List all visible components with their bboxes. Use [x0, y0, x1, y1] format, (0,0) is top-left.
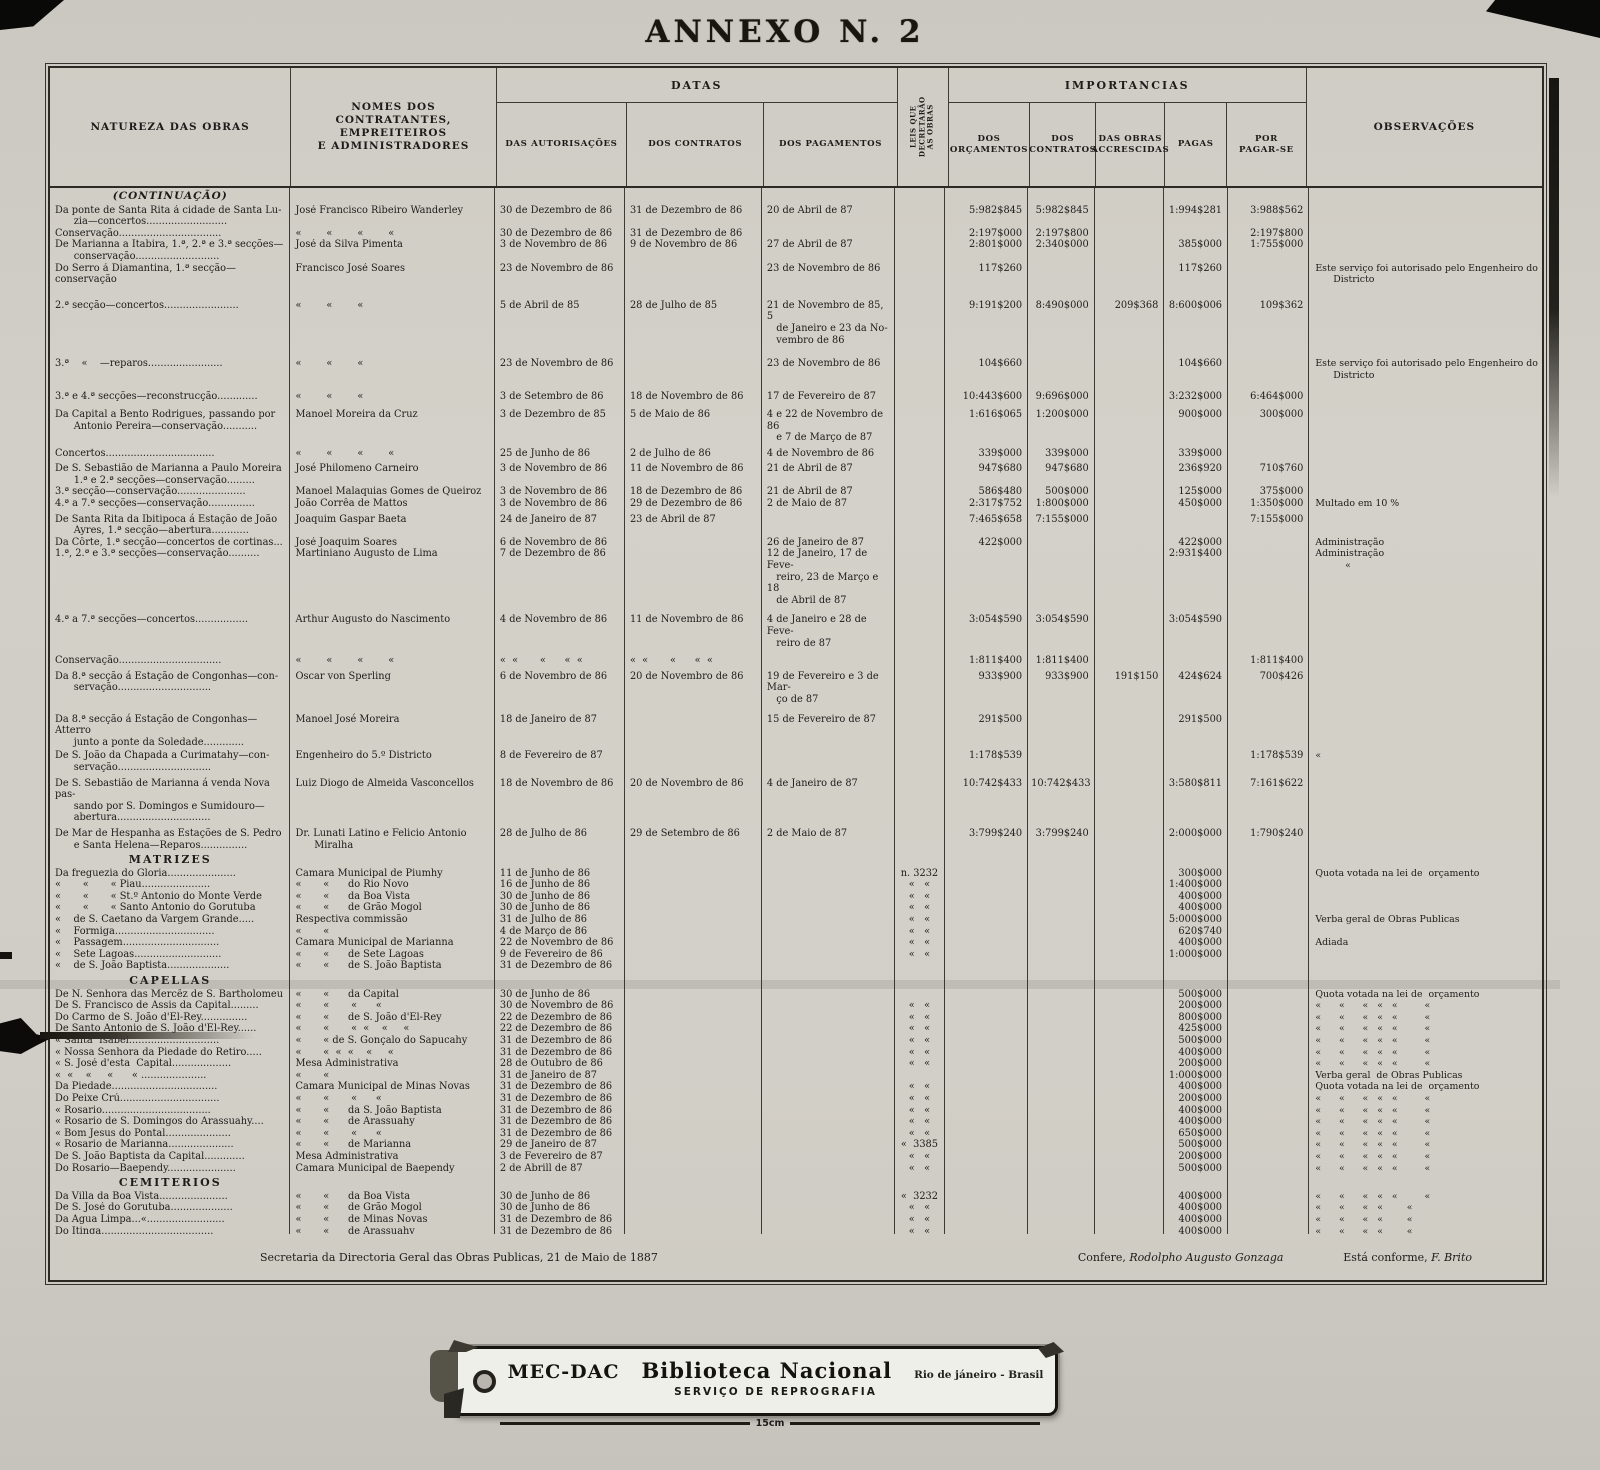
- table-cell: 21 de Abril de 87: [762, 486, 895, 498]
- table-cell: De S. Francisco de Assis da Capital.....…: [50, 1000, 290, 1012]
- table-cell: [895, 263, 945, 286]
- table-cell: 933$900: [1028, 667, 1095, 706]
- table-cell: 9 de Fevereiro de 86: [495, 949, 625, 961]
- table-cell: « 3385: [895, 1139, 945, 1151]
- table-header: NATUREZA DAS OBRAS NOMES DOS CONTRATANTE…: [50, 68, 1542, 188]
- table-cell: 1:000$000: [1164, 1070, 1228, 1082]
- table-cell: 11 de Novembro de 86: [625, 459, 762, 486]
- table-row: Da Agua Limpa...«.......................…: [50, 1214, 1542, 1226]
- table-cell: [495, 188, 625, 205]
- scan-crease-horizontal: [0, 980, 1560, 989]
- works-table: NATUREZA DAS OBRAS NOMES DOS CONTRATANTE…: [48, 66, 1544, 1282]
- table-cell: [945, 1105, 1028, 1117]
- table-cell: 31 de Dezembro de 86: [495, 1128, 625, 1140]
- table-cell: [762, 1226, 895, 1235]
- table-cell: [1228, 1174, 1309, 1191]
- table-cell: Do Peixe Crú............................…: [50, 1093, 290, 1105]
- table-cell: 7:465$658: [945, 510, 1028, 537]
- table-cell: 400$000: [1164, 1226, 1228, 1235]
- table-cell: 10:443$600: [945, 381, 1028, 403]
- table-cell: Da ponte de Santa Rita á cidade de Santa…: [50, 205, 290, 228]
- table-row: 2.ª secção—concertos....................…: [50, 286, 1542, 346]
- stamp-service: SERVIÇO DE REPROGRAFIA: [496, 1385, 1055, 1400]
- table-cell: 400$000: [1164, 1202, 1228, 1214]
- table-cell: [1164, 510, 1228, 537]
- table-cell: [625, 1012, 762, 1024]
- table-cell: 7:161$622: [1228, 774, 1309, 824]
- table-cell: Camara Municipal de Baependy: [290, 1163, 495, 1175]
- table-cell: [1095, 188, 1165, 205]
- table-cell: 1:000$000: [1164, 949, 1228, 961]
- table-cell: [945, 851, 1028, 868]
- table-cell: « « « « « «: [1309, 1116, 1542, 1128]
- table-cell: 400$000: [1164, 1116, 1228, 1128]
- table-cell: [1164, 188, 1228, 205]
- table-cell: « Formiga...............................…: [50, 926, 290, 938]
- table-cell: Adiada: [1309, 937, 1542, 949]
- table-cell: 3:054$590: [1028, 606, 1095, 649]
- table-cell: 9 de Novembro de 86: [625, 239, 762, 262]
- header-imp-contratos: DOS CONTRATOS: [1030, 103, 1096, 186]
- annexo-title: ANNEXO N. 2: [0, 14, 1570, 50]
- table-cell: « « « «: [290, 1093, 495, 1105]
- table-cell: 1.ª, 2.ª e 3.ª secções—conservação......…: [50, 548, 290, 606]
- table-cell: [1028, 926, 1095, 938]
- scan-artifact-left-dash: [0, 952, 12, 959]
- table-cell: [1228, 606, 1309, 649]
- table-cell: [1095, 879, 1165, 891]
- table-cell: [945, 1151, 1028, 1163]
- table-cell: [625, 1058, 762, 1070]
- table-cell: (CONTINUAÇÃO): [50, 188, 290, 205]
- table-cell: [945, 188, 1028, 205]
- header-obras-accrescidas: DAS OBRAS ACCRESCIDAS: [1096, 103, 1165, 186]
- table-cell: Manoel Moreira da Cruz: [290, 403, 495, 444]
- table-cell: [1228, 1012, 1309, 1024]
- table-cell: Quota votada na lei de orçamento: [1309, 989, 1542, 1001]
- table-cell: 3 de Setembro de 86: [495, 381, 625, 403]
- table-cell: 3 de Novembro de 86: [495, 486, 625, 498]
- table-cell: [625, 949, 762, 961]
- table-cell: 900$000: [1164, 403, 1228, 444]
- table-row: « Sete Lagoas...........................…: [50, 949, 1542, 961]
- table-cell: [1095, 774, 1165, 824]
- table-cell: [895, 346, 945, 381]
- table-cell: [945, 1000, 1028, 1012]
- table-cell: [945, 1035, 1028, 1047]
- table-cell: [1095, 891, 1165, 903]
- table-row: Do Carmo de S. João d'El-Rey............…: [50, 1012, 1542, 1024]
- table-cell: « « « « «: [1309, 1226, 1542, 1235]
- table-cell: [1095, 868, 1165, 880]
- table-cell: [1228, 1202, 1309, 1214]
- table-cell: [1309, 774, 1542, 824]
- conforme-name: F. Brito: [1431, 1251, 1472, 1264]
- table-cell: 947$680: [945, 459, 1028, 486]
- table-cell: [1228, 1139, 1309, 1151]
- table-cell: 236$920: [1164, 459, 1228, 486]
- table-cell: [1164, 1174, 1228, 1191]
- scan-artifact-ink-streak: [40, 1032, 255, 1039]
- table-cell: 200$000: [1164, 1000, 1228, 1012]
- table-cell: 1:200$000: [1028, 403, 1095, 444]
- table-cell: 3:799$240: [945, 824, 1028, 851]
- table-cell: [625, 1128, 762, 1140]
- table-cell: 385$000: [1164, 239, 1228, 262]
- table-cell: Arthur Augusto do Nascimento: [290, 606, 495, 649]
- table-cell: [1028, 188, 1095, 205]
- table-cell: 400$000: [1164, 1047, 1228, 1059]
- table-cell: « « «: [290, 381, 495, 403]
- table-cell: 9:191$200: [945, 286, 1028, 346]
- table-cell: [625, 1116, 762, 1128]
- table-cell: [945, 1214, 1028, 1226]
- table-cell: « « de Arassuahy: [290, 1226, 495, 1235]
- table-cell: 3:799$240: [1028, 824, 1095, 851]
- table-cell: 3 de Dezembro de 85: [495, 403, 625, 444]
- table-cell: 18 de Novembro de 86: [625, 381, 762, 403]
- table-cell: [625, 188, 762, 205]
- table-cell: Administração: [1309, 537, 1542, 549]
- table-cell: 400$000: [1164, 937, 1228, 949]
- table-cell: [895, 706, 945, 749]
- scan-artifact-right-edge: [1549, 78, 1559, 498]
- table-cell: [762, 902, 895, 914]
- table-cell: [1095, 1214, 1165, 1226]
- table-cell: [625, 937, 762, 949]
- table-row: 4.ª a 7.ª secções—concertos.............…: [50, 606, 1542, 649]
- table-cell: [1028, 1000, 1095, 1012]
- table-cell: 9:696$000: [1028, 381, 1095, 403]
- table-cell: 117$260: [1164, 263, 1228, 286]
- table-cell: [1309, 286, 1542, 346]
- table-cell: [1228, 868, 1309, 880]
- table-cell: 23 de Novembro de 86: [762, 346, 895, 381]
- table-cell: « « « « « «: [1309, 1191, 1542, 1203]
- table-cell: José Philomeno Carneiro: [290, 459, 495, 486]
- table-cell: [625, 926, 762, 938]
- table-row: 4.ª a 7.ª secções—conservação...........…: [50, 498, 1542, 510]
- table-cell: [1309, 205, 1542, 228]
- table-footer: Secretaria da Directoria Geral das Obras…: [50, 1234, 1542, 1280]
- table-cell: [1228, 879, 1309, 891]
- table-cell: [895, 239, 945, 262]
- table-cell: « «: [895, 1163, 945, 1175]
- table-cell: [1095, 851, 1165, 868]
- header-dos-pagamentos: DOS PAGAMENTOS: [764, 103, 896, 186]
- table-cell: [1228, 914, 1309, 926]
- table-cell: 7 de Dezembro de 86: [495, 548, 625, 606]
- table-cell: De S. José do Gorutuba..................…: [50, 1202, 290, 1214]
- table-cell: 5 de Maio de 86: [625, 403, 762, 444]
- table-cell: « « de Sete Lagoas: [290, 949, 495, 961]
- table-cell: [1095, 949, 1165, 961]
- table-cell: 3:988$562: [1228, 205, 1309, 228]
- table-cell: [1228, 1214, 1309, 1226]
- table-cell: 6 de Novembro de 86: [495, 667, 625, 706]
- table-cell: 422$000: [945, 537, 1028, 549]
- table-cell: [1028, 1116, 1095, 1128]
- table-cell: 23 de Novembro de 86: [495, 263, 625, 286]
- table-cell: « Passagem..............................…: [50, 937, 290, 949]
- table-cell: [762, 949, 895, 961]
- table-cell: « «: [895, 1151, 945, 1163]
- table-cell: [895, 667, 945, 706]
- table-cell: Francisco José Soares: [290, 263, 495, 286]
- table-cell: 21 de Novembro de 85, 5 de Janeiro e 23 …: [762, 286, 895, 346]
- table-cell: 117$260: [945, 263, 1028, 286]
- table-cell: [625, 891, 762, 903]
- table-row: De S. Sebastião de Marianna a Paulo More…: [50, 459, 1542, 486]
- table-row: 1.ª, 2.ª e 3.ª secções—conservação......…: [50, 548, 1542, 606]
- table-cell: 26 de Janeiro de 87: [762, 537, 895, 549]
- table-cell: [1095, 537, 1165, 549]
- table-row: Da 8.ª secção á Estação de Congonhas—con…: [50, 667, 1542, 706]
- table-cell: [1095, 824, 1165, 851]
- table-cell: 400$000: [1164, 1191, 1228, 1203]
- table-cell: 400$000: [1164, 1105, 1228, 1117]
- table-cell: 30 de Junho de 86: [495, 1202, 625, 1214]
- table-cell: 4 de Novembro de 86: [495, 606, 625, 649]
- table-cell: « de S. Caetano da Vargem Grande.....: [50, 914, 290, 926]
- table-cell: [762, 937, 895, 949]
- table-cell: [895, 774, 945, 824]
- table-cell: Verba geral de Obras Publicas: [1309, 914, 1542, 926]
- table-cell: Dr. Lunati Latino e Felicio Antonio Mira…: [290, 824, 495, 851]
- table-cell: « « « « « «: [1309, 1151, 1542, 1163]
- table-cell: [945, 1047, 1028, 1059]
- table-cell: [1095, 937, 1165, 949]
- table-cell: [1164, 748, 1228, 773]
- table-cell: [1028, 1047, 1095, 1059]
- table-cell: 4.ª a 7.ª secções—conservação...........…: [50, 498, 290, 510]
- table-cell: 1:178$539: [945, 748, 1028, 773]
- table-cell: [625, 1163, 762, 1175]
- confere-note: Confere, Rodolpho Augusto Gonzaga: [1078, 1251, 1284, 1264]
- table-cell: [1028, 989, 1095, 1001]
- table-cell: [945, 914, 1028, 926]
- table-cell: Camara Municipal de Piumhy: [290, 868, 495, 880]
- table-cell: [895, 1070, 945, 1082]
- table-cell: José Joaquim Soares: [290, 537, 495, 549]
- table-cell: [1164, 851, 1228, 868]
- table-cell: « « « « « «: [1309, 1093, 1542, 1105]
- table-cell: [895, 824, 945, 851]
- table-row: Da Villa da Boa Vista...................…: [50, 1191, 1542, 1203]
- table-cell: [895, 548, 945, 606]
- table-cell: 424$624: [1164, 667, 1228, 706]
- table-cell: 2 de Maio de 87: [762, 824, 895, 851]
- table-cell: « « de Marianna: [290, 1139, 495, 1151]
- table-cell: [1028, 1070, 1095, 1082]
- ruler-line-left: [500, 1422, 750, 1425]
- table-cell: « « de Grão Mogol: [290, 902, 495, 914]
- table-cell: [762, 926, 895, 938]
- table-cell: Da 8.ª secção á Estação de Congonhas—con…: [50, 667, 290, 706]
- table-cell: [895, 381, 945, 403]
- stamp-text: MEC-DAC Biblioteca Nacional Rio de jánei…: [496, 1363, 1055, 1400]
- table-cell: [1095, 205, 1165, 228]
- table-cell: « « da Capital: [290, 989, 495, 1001]
- table-cell: [945, 1139, 1028, 1151]
- table-cell: « «: [895, 1012, 945, 1024]
- table-cell: [1028, 1105, 1095, 1117]
- section-heading: (CONTINUAÇÃO): [113, 188, 228, 205]
- table-cell: [945, 1163, 1028, 1175]
- header-natureza: NATUREZA DAS OBRAS: [50, 68, 291, 186]
- table-cell: [1309, 381, 1542, 403]
- table-cell: [1164, 228, 1228, 240]
- table-cell: José da Silva Pimenta: [290, 239, 495, 262]
- table-cell: « « « « « «: [1309, 1139, 1542, 1151]
- table-cell: [945, 989, 1028, 1001]
- table-cell: « «: [895, 891, 945, 903]
- table-cell: Da 8.ª secção á Estação de Congonhas—Att…: [50, 706, 290, 749]
- table-cell: 21 de Abril de 87: [762, 459, 895, 486]
- table-row: « de S. João Baptista...................…: [50, 960, 1542, 972]
- table-cell: 586$480: [945, 486, 1028, 498]
- table-cell: « « «: [290, 346, 495, 381]
- ruler-line-right: [790, 1422, 1040, 1425]
- header-pagas: PAGAS: [1165, 103, 1227, 186]
- table-cell: Administração «: [1309, 548, 1542, 606]
- table-cell: [1095, 346, 1165, 381]
- table-cell: 29 de Setembro de 86: [625, 824, 762, 851]
- table-cell: [290, 1174, 495, 1191]
- table-row: 3.ª « —reparos........................« …: [50, 346, 1542, 381]
- table-cell: 2:197$800: [1228, 228, 1309, 240]
- table-cell: « «: [895, 1035, 945, 1047]
- table-cell: « «: [895, 949, 945, 961]
- table-cell: 31 de Dezembro de 86: [495, 1035, 625, 1047]
- table-row: Concertos...............................…: [50, 444, 1542, 460]
- table-cell: [762, 1128, 895, 1140]
- table-cell: De Santa Rita da Ibitipoca á Estação de …: [50, 510, 290, 537]
- table-cell: [1228, 537, 1309, 549]
- table-cell: n. 3232: [895, 868, 945, 880]
- table-cell: 2.ª secção—concertos....................…: [50, 286, 290, 346]
- table-cell: 30 de Junho de 86: [495, 902, 625, 914]
- table-cell: [1028, 960, 1095, 972]
- table-cell: [495, 1174, 625, 1191]
- table-cell: [762, 879, 895, 891]
- table-cell: [1228, 902, 1309, 914]
- table-cell: [1095, 1116, 1165, 1128]
- table-cell: [945, 949, 1028, 961]
- table-cell: João Corrêa de Mattos: [290, 498, 495, 510]
- table-cell: 31 de Julho de 86: [495, 914, 625, 926]
- table-cell: 339$000: [1028, 444, 1095, 460]
- table-cell: « « « « « «: [1309, 1058, 1542, 1070]
- section-heading: MATRIZES: [129, 851, 212, 868]
- table-cell: [1228, 949, 1309, 961]
- table-row: Da freguezia do Gloria..................…: [50, 868, 1542, 880]
- table-cell: 200$000: [1164, 1058, 1228, 1070]
- table-cell: Do Rosario—Baependy.....................…: [50, 1163, 290, 1175]
- table-cell: [1095, 902, 1165, 914]
- table-cell: [1028, 346, 1095, 381]
- section-heading: CEMITERIOS: [119, 1174, 222, 1191]
- table-cell: [762, 1151, 895, 1163]
- table-cell: De S. Sebastião de Marianna a Paulo More…: [50, 459, 290, 486]
- table-cell: 6:464$000: [1228, 381, 1309, 403]
- table-cell: De S. João da Chapada a Curimatahy—con- …: [50, 748, 290, 773]
- table-cell: 2 de Abrill de 87: [495, 1163, 625, 1175]
- table-cell: [1028, 1191, 1095, 1203]
- table-cell: « « « « «: [625, 649, 762, 667]
- stamp-org: MEC-DAC: [508, 1365, 620, 1380]
- table-cell: [625, 346, 762, 381]
- table-cell: [1164, 649, 1228, 667]
- table-cell: « « de S. Gonçalo do Sapucahy: [290, 1035, 495, 1047]
- table-cell: 2:317$752: [945, 498, 1028, 510]
- table-cell: 1:350$000: [1228, 498, 1309, 510]
- table-cell: Da Piedade..............................…: [50, 1081, 290, 1093]
- table-cell: 10:742$433: [1028, 774, 1095, 824]
- table-cell: 30 de Junho de 86: [495, 891, 625, 903]
- table-cell: Quota votada na lei de orçamento: [1309, 868, 1542, 880]
- table-cell: 10:742$433: [945, 774, 1028, 824]
- table-row: De S. João da Chapada a Curimatahy—con- …: [50, 748, 1542, 773]
- table-cell: [1028, 1214, 1095, 1226]
- section-row: MATRIZES: [50, 851, 1542, 868]
- table-cell: « « do Rio Novo: [290, 879, 495, 891]
- table-cell: « «: [895, 914, 945, 926]
- table-cell: José Francisco Ribeiro Wanderley: [290, 205, 495, 228]
- table-row: Conservação.............................…: [50, 649, 1542, 667]
- table-cell: 28 de Julho de 86: [495, 824, 625, 851]
- table-row: De S. João Baptista da Capital..........…: [50, 1151, 1542, 1163]
- table-cell: 933$900: [945, 667, 1028, 706]
- header-das-autorisacoes: DAS AUTORISAÇÕES: [497, 103, 627, 186]
- table-cell: 31 de Dezembro de 86: [625, 228, 762, 240]
- table-row: Conservação.............................…: [50, 228, 1542, 240]
- table-cell: « « « « « «: [1309, 1012, 1542, 1024]
- table-cell: 1:811$400: [945, 649, 1028, 667]
- table-cell: [1228, 1047, 1309, 1059]
- table-cell: [1228, 989, 1309, 1001]
- table-cell: 23 de Novembro de 86: [495, 346, 625, 381]
- table-cell: 31 de Dezembro de 86: [495, 1226, 625, 1235]
- table-cell: « «: [895, 1226, 945, 1235]
- table-cell: [1095, 263, 1165, 286]
- table-cell: Da Agua Limpa...«.......................…: [50, 1214, 290, 1226]
- table-cell: [625, 1105, 762, 1117]
- table-cell: 30 de Dezembro de 86: [495, 205, 625, 228]
- table-cell: Quota votada na lei de orçamento: [1309, 1081, 1542, 1093]
- table-row: Da Côrte, 1.ª secção—concertos de cortin…: [50, 537, 1542, 549]
- table-cell: 300$000: [1228, 403, 1309, 444]
- table-cell: [1028, 1163, 1095, 1175]
- table-cell: [945, 1012, 1028, 1024]
- table-cell: [1309, 949, 1542, 961]
- table-cell: 4 de Janeiro e 28 de Feve- reiro de 87: [762, 606, 895, 649]
- table-cell: 29 de Dezembro de 86: [625, 498, 762, 510]
- table-cell: [1095, 1202, 1165, 1214]
- table-cell: [895, 537, 945, 549]
- table-cell: 18 de Dezembro de 86: [625, 486, 762, 498]
- table-cell: [1095, 403, 1165, 444]
- table-cell: [895, 444, 945, 460]
- table-cell: [1309, 606, 1542, 649]
- table-cell: 1:755$000: [1228, 239, 1309, 262]
- table-row: « Rosario...............................…: [50, 1105, 1542, 1117]
- table-cell: « «: [895, 1081, 945, 1093]
- table-cell: [1095, 381, 1165, 403]
- table-cell: 3 de Novembro de 86: [495, 239, 625, 262]
- table-cell: « «: [895, 879, 945, 891]
- table-cell: [895, 510, 945, 537]
